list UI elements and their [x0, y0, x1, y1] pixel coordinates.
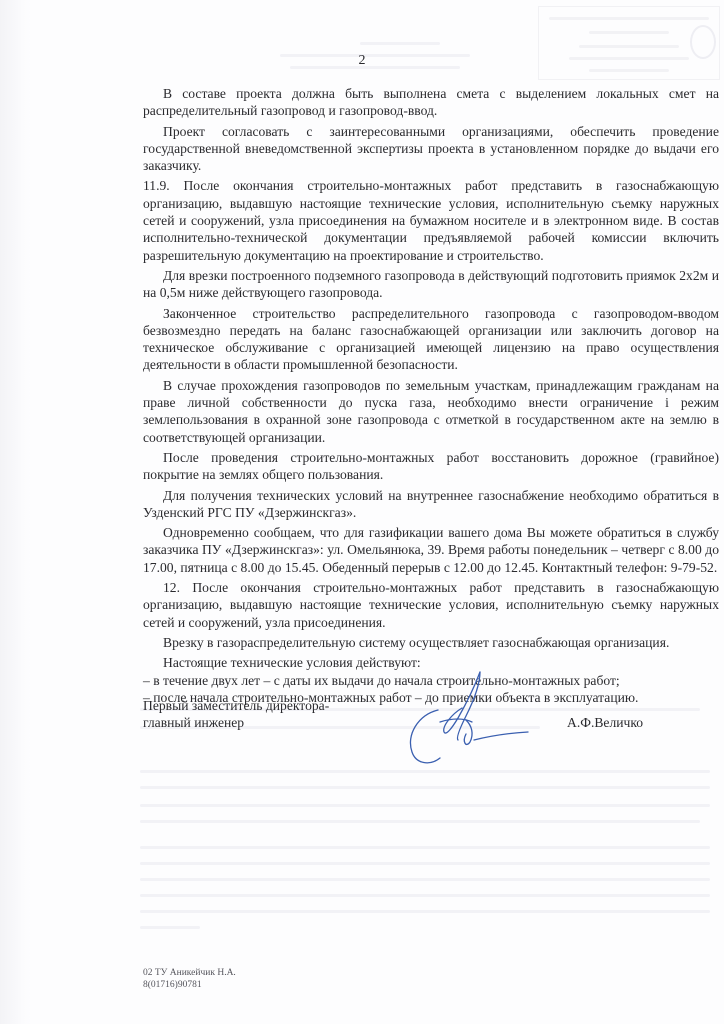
scan-edge-shadow — [0, 0, 32, 1024]
paragraph-road-restoration: После проведения строительно-монтажных р… — [143, 449, 719, 484]
paragraph-approval: Проект согласовать с заинтересованными о… — [143, 123, 719, 175]
paragraph-land-plots: В случае прохождения газопроводов по зем… — [143, 377, 719, 446]
paragraph-tie-in-pit: Для врезки построенного подземного газоп… — [143, 267, 719, 302]
signatory-title-line-1: Первый заместитель директора- — [143, 697, 329, 714]
paragraph-11-9: 11.9. После окончания строительно-монтаж… — [143, 177, 719, 263]
paragraph-tie-in: Врезку в газораспределительную систему о… — [143, 634, 719, 651]
page-number: 2 — [0, 53, 724, 69]
signature-block: Первый заместитель директора- главный ин… — [143, 697, 719, 757]
signatory-name: А.Ф.Величко — [567, 714, 643, 731]
paragraph-estimate: В составе проекта должна быть выполнена … — [143, 85, 719, 120]
executor-phone: 8(01716)90781 — [143, 980, 236, 992]
paragraph-balance-transfer: Законченное строительство распределитель… — [143, 305, 719, 374]
signatory-title-line-2: главный инженер — [143, 714, 244, 731]
document-page: 2 В составе проекта должна быть выполнен… — [0, 0, 724, 1024]
paragraph-customer-service: Одновременно сообщаем, что для газификац… — [143, 524, 719, 576]
executor-name: 02 ТУ Аникейчик Н.А. — [143, 968, 236, 980]
document-body: В составе проекта должна быть выполнена … — [143, 85, 719, 706]
executor-footer: 02 ТУ Аникейчик Н.А. 8(01716)90781 — [143, 968, 236, 991]
paragraph-internal-supply: Для получения технических условий на вну… — [143, 487, 719, 522]
paragraph-12: 12. После окончания строительно-монтажны… — [143, 579, 719, 631]
